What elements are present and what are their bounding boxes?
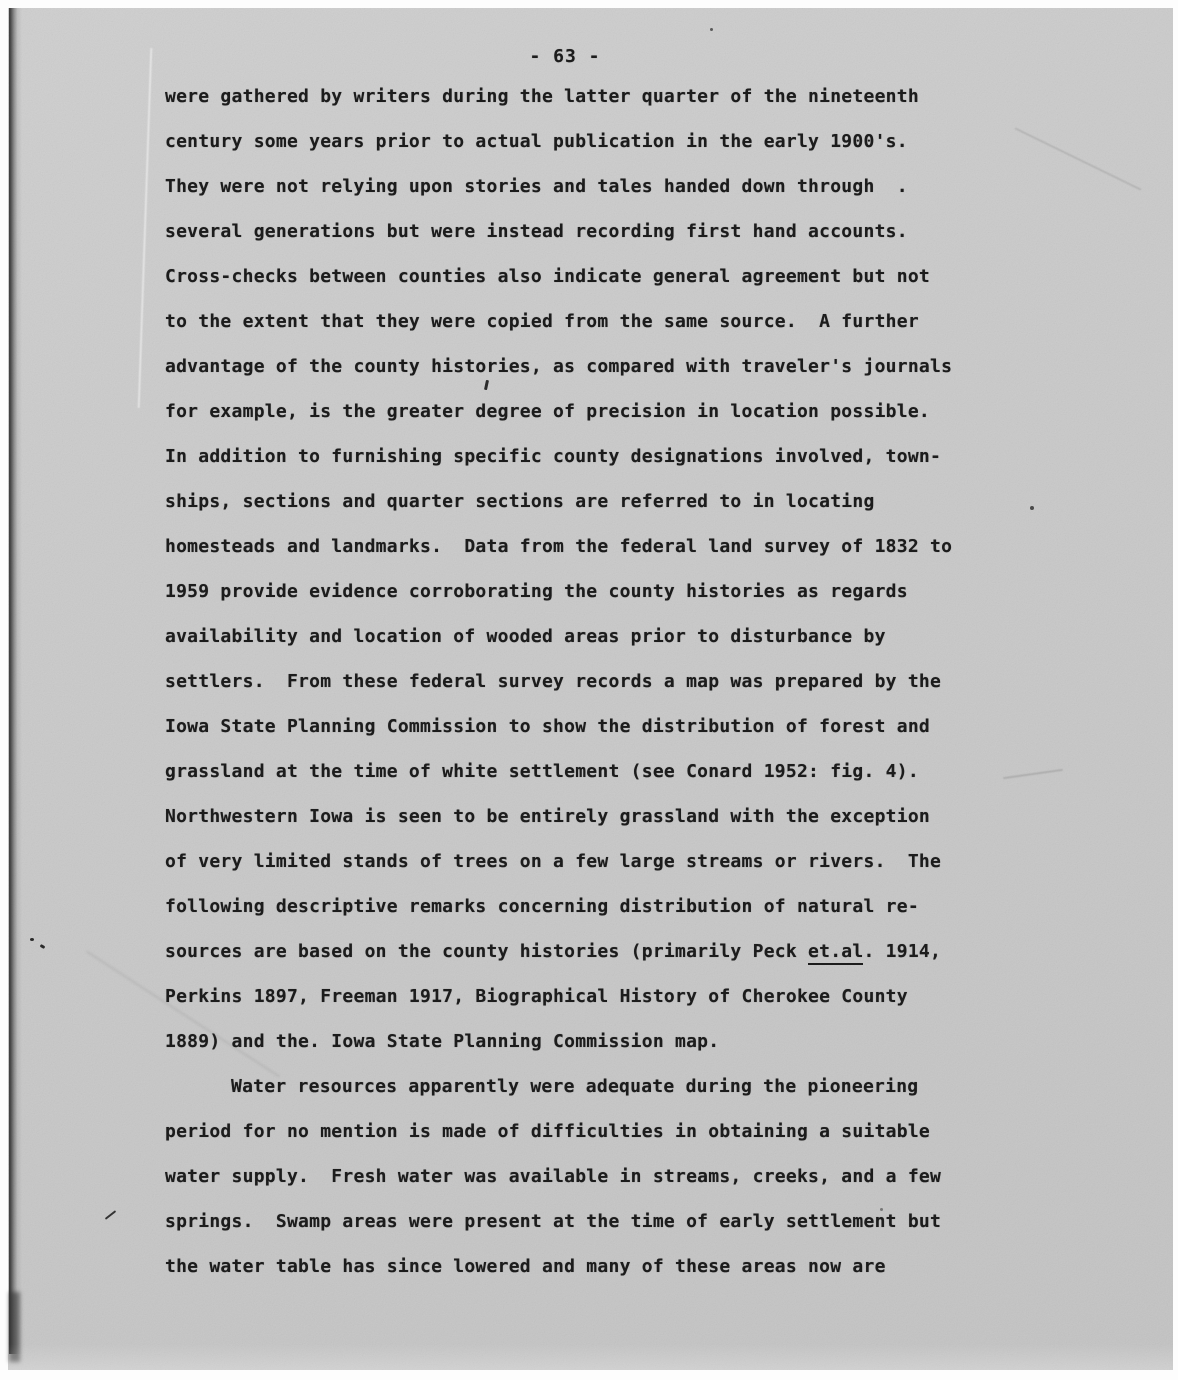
- scan-speck: [710, 28, 713, 31]
- text-line: homesteads and landmarks. Data from the …: [165, 524, 995, 569]
- text-line: 1889) and the. Iowa State Planning Commi…: [165, 1019, 995, 1064]
- text-line: of very limited stands of trees on a few…: [165, 839, 995, 884]
- scan-edge-shadow: [9, 8, 22, 1354]
- text-line: availability and location of wooded area…: [165, 614, 995, 659]
- scan-speck: [1030, 506, 1034, 510]
- text-line: for example, is the greater degree of pr…: [165, 389, 995, 434]
- text-line: century some years prior to actual publi…: [165, 119, 995, 164]
- scan-fade: [8, 1344, 1173, 1370]
- text-line: following descriptive remarks concerning…: [165, 884, 995, 929]
- scan-speck: [30, 938, 34, 941]
- text-line: sources are based on the county historie…: [165, 929, 995, 974]
- text-line: 1959 provide evidence corroborating the …: [165, 569, 995, 614]
- text-line: grassland at the time of white settlemen…: [165, 749, 995, 794]
- text-segment: . 1914,: [863, 941, 941, 962]
- underlined-text: et.al: [808, 941, 863, 965]
- text-line: water supply. Fresh water was available …: [165, 1154, 995, 1199]
- page-number: - 63 -: [165, 46, 965, 67]
- body-text: were gathered by writers during the latt…: [165, 74, 995, 1289]
- text-line: were gathered by writers during the latt…: [165, 74, 995, 119]
- text-line: In addition to furnishing specific count…: [165, 434, 995, 479]
- scan-speck: [40, 944, 46, 949]
- text-line: settlers. From these federal survey reco…: [165, 659, 995, 704]
- text-line: Iowa State Planning Commission to show t…: [165, 704, 995, 749]
- text-line: ships, sections and quarter sections are…: [165, 479, 995, 524]
- text-line: several generations but were instead rec…: [165, 209, 995, 254]
- paper-page: - 63 - were gathered by writers during t…: [8, 8, 1173, 1370]
- text-line: Perkins 1897, Freeman 1917, Biographical…: [165, 974, 995, 1019]
- paper-crease: [138, 48, 153, 408]
- text-line: Northwestern Iowa is seen to be entirely…: [165, 794, 995, 839]
- paper-scratch: [1003, 769, 1063, 779]
- paper-scratch: [1015, 127, 1142, 190]
- text-line: Water resources apparently were adequate…: [165, 1064, 995, 1109]
- text-line: advantage of the county histories, as co…: [165, 344, 995, 389]
- pencil-slash-mark: [105, 1210, 116, 1220]
- text-line: springs. Swamp areas were present at the…: [165, 1199, 995, 1244]
- text-line: period for no mention is made of difficu…: [165, 1109, 995, 1154]
- text-line: to the extent that they were copied from…: [165, 299, 995, 344]
- text-segment: sources are based on the county historie…: [165, 941, 808, 962]
- text-line: They were not relying upon stories and t…: [165, 164, 995, 209]
- scanned-document: - 63 - were gathered by writers during t…: [0, 0, 1178, 1380]
- text-line: Cross-checks between counties also indic…: [165, 254, 995, 299]
- text-line: the water table has since lowered and ma…: [165, 1244, 995, 1289]
